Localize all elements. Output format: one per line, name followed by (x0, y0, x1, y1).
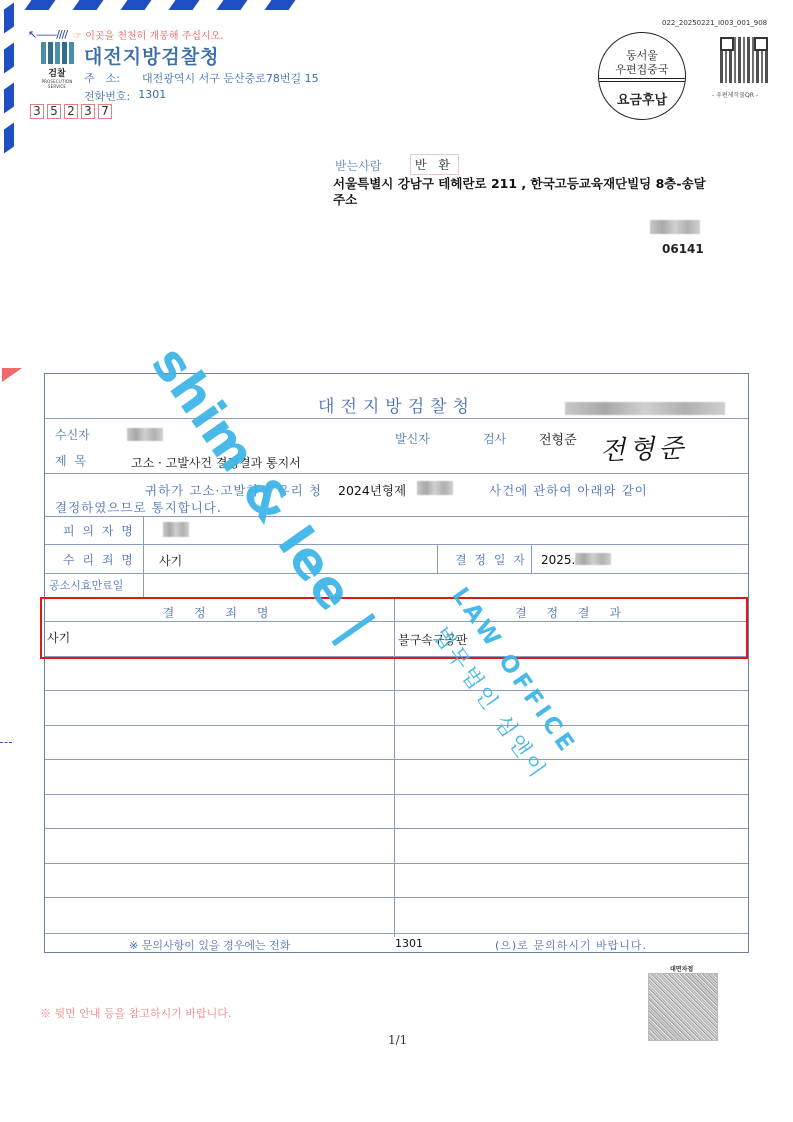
redacted-decision-date (575, 553, 611, 565)
subject-label: 제 목 (55, 452, 88, 469)
notice-message-2: 사건에 관하여 아래와 같이 (489, 481, 648, 499)
recipient-address: 서울특별시 강남구 테헤란로 211 , 한국고등교육재단빌딩 8층-송달주소 (333, 176, 713, 208)
notice-message-1: 귀하가 고소·고발하신 우리 청 (145, 481, 322, 499)
recipient-postal-code: 06141 (662, 242, 704, 256)
open-hint: ↖——//// ☞ 이곳을 천천히 개봉해 주십시오. (28, 27, 224, 42)
qr-code-icon (720, 37, 768, 83)
recipient-label: 받는사람 (335, 157, 381, 174)
sender-postal-code: 3 5 2 3 7 (30, 104, 112, 119)
fold-mark (0, 742, 12, 743)
sender-name: 대전지방검찰청 (84, 42, 219, 69)
suspect-label: 피 의 자 명 (63, 522, 135, 539)
case-number: 2024년형제 (338, 481, 406, 499)
auth-code-icon (648, 973, 718, 1041)
redacted-header (565, 402, 725, 415)
auth-code-label: 대면자접 (670, 964, 693, 973)
page-number: 1/1 (388, 1033, 407, 1047)
sender-name: 전형준 (539, 429, 577, 448)
charge-label: 수 리 죄 명 (63, 551, 135, 568)
arrow-icon: ↖——//// (28, 28, 67, 41)
decision-highlight-box (40, 597, 748, 659)
prosecutor-signature: 전형준 (599, 427, 688, 467)
prosecution-logo: 검찰 PROSECUTION SERVICE (34, 42, 80, 89)
decision-date-label: 결 정 일 자 (455, 551, 527, 568)
qr-caption: - 우편제작물QR - (712, 90, 758, 99)
logo-bars-icon (34, 42, 80, 64)
recipient-name: 반 환 (410, 154, 459, 175)
envelope-corner-mark (2, 368, 22, 382)
decision-date-value: 2025. (541, 553, 575, 567)
inquiry-phone: 1301 (395, 937, 423, 950)
subject-value: 고소 · 고발사건 결정결과 통지서 (131, 454, 301, 471)
redacted-suspect (163, 522, 189, 537)
airmail-stripes-left (4, 6, 18, 176)
airmail-stripes-top (18, 0, 303, 12)
sender-phone: 전화번호: 1301 (84, 88, 166, 104)
sender-role: 검사 (483, 430, 506, 447)
sender-field-label: 발신자 (395, 430, 430, 447)
sender-address: 주 소: 대전광역시 서구 둔산중로78번길 15 (84, 70, 319, 86)
recipient-field-label: 수신자 (55, 426, 90, 443)
charge-value: 사기 (159, 552, 182, 569)
notice-message-3: 결정하였으므로 통지합니다. (55, 498, 222, 516)
redacted-case-number (417, 481, 453, 495)
back-page-note: ※ 뒷면 안내 등을 참고하시기 바랍니다. (40, 1005, 231, 1021)
decision-notice-form: 대전지방검찰청 수신자 발신자 검사 전형준 전형준 제 목 고소 · 고발사건… (44, 373, 749, 953)
redacted-recipient-name (127, 428, 163, 441)
statute-label: 공소시효만료일 (49, 577, 123, 593)
postage-stamp: 동서울 우편집중국 요금후납 (598, 32, 686, 120)
tracking-code: 022_20250221_I003_001_908 (662, 19, 767, 27)
redacted-recipient (650, 220, 700, 234)
